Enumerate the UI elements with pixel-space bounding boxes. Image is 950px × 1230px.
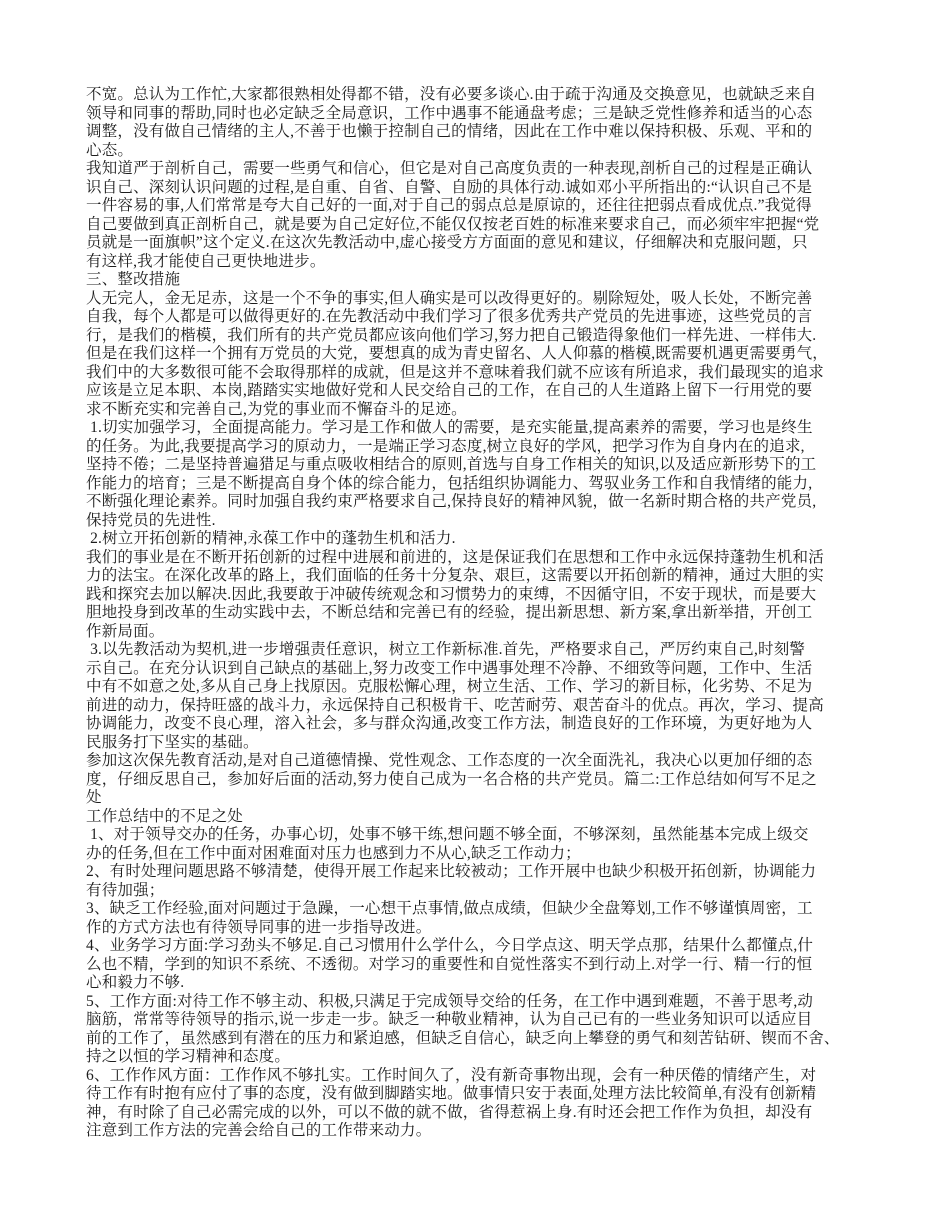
text-line: 调整，没有做自己情绪的主人,不善于也懒于控制自己的情绪，因此在工作中难以保持积极… <box>86 123 870 142</box>
text-line: 不断强化理论素养。同时加强自我约束严格要求自己,保持良好的精神风貌，做一名新时期… <box>86 493 870 512</box>
text-line: 行，是我们的楷模，我们所有的共产党员都应该向他们学习,努力把自己锻造得象他们一样… <box>86 327 870 346</box>
text-line: 处 <box>86 789 870 808</box>
text-line: 持之以恒的学习精神和态度。 <box>86 1048 870 1067</box>
text-line: 心态。 <box>86 142 870 161</box>
text-line: 神，有时除了自己必需完成的以外，可以不做的就不做，省得惹祸上身.有时还会把工作作… <box>86 1104 870 1123</box>
text-line: 4、业务学习方面:学习劲头不够足.自己习惯用什么学什么，今日学点这、明天学点那，… <box>86 937 870 956</box>
text-line: 3.以先教活动为契机,进一步增强责任意识，树立工作新标准.首先，严格要求自己，严… <box>86 641 870 660</box>
text-line: 参加这次保先教育活动,是对自己道德情操、党性观念、工作态度的一次全面洗礼，我决心… <box>86 752 870 771</box>
text-line: 2.树立开拓创新的精神,永葆工作中的蓬勃生机和活力. <box>86 530 870 549</box>
text-line: 识自己、深刻认识问题的过程,是自重、自省、自警、自励的具体行动.诚如邓小平所指出… <box>86 179 870 198</box>
text-line: 工作总结中的不足之处 <box>86 808 870 827</box>
text-line: 心和毅力不够. <box>86 974 870 993</box>
document-text-block: 不宽。总认为工作忙,大家都很熟相处得都不错，没有必要多谈心.由于疏于沟通及交换意… <box>86 86 870 1141</box>
text-line: 一件容易的事,人们常常是夸大自己好的一面,对于自己的弱点总是原谅的，还往往把弱点… <box>86 197 870 216</box>
text-line: 示自己。在充分认识到自己缺点的基础上,努力改变工作中遇事处理不冷静、不细致等问题… <box>86 660 870 679</box>
text-line: 待工作有时抱有应付了事的态度，没有做到脚踏实地。做事情只安于表面,处理方法比较简… <box>86 1085 870 1104</box>
text-line: 自我，每个人都是可以做得更好的.在先教活动中我们学习了很多优秀共产党员的先进事迹… <box>86 308 870 327</box>
text-line: 求不断充实和完善自己,为党的事业而不懈奋斗的足迹。 <box>86 401 870 420</box>
text-line: 3、缺乏工作经验,面对问题过于急躁，一心想干点事情,做点成绩，但缺少全盘筹划,工… <box>86 900 870 919</box>
text-line: 践和探究去加以解决.因此,我要敢于冲破传统观念和习惯势力的束缚，不因循守旧，不安… <box>86 586 870 605</box>
text-line: 注意到工作方法的完善会给自己的工作带来动力。 <box>86 1122 870 1141</box>
text-line: 1.切实加强学习，全面提高能力。学习是工作和做人的需要，是充实能量,提高素养的需… <box>86 419 870 438</box>
text-line: 脑筋，常常等待领导的指示,说一步走一步。缺乏一种敬业精神，认为自己已有的一些业务… <box>86 1011 870 1030</box>
document-page: 不宽。总认为工作忙,大家都很熟相处得都不错，没有必要多谈心.由于疏于沟通及交换意… <box>0 0 950 1230</box>
text-line: 6、工作作风方面：工作作风不够扎实。工作时间久了，没有新奇事物出现，会有一种厌倦… <box>86 1067 870 1086</box>
text-line: 我们中的大多数很可能不会取得那样的成就，但是这并不意味着我们就不应该有所追求，我… <box>86 364 870 383</box>
text-line: 领导和同事的帮助,同时也必定缺乏全局意识，工作中遇事不能通盘考虑；三是缺乏党性修… <box>86 105 870 124</box>
text-line: 中有不如意之处,多从自己身上找原因。克服松懈心理，树立生活、工作、学习的新目标，… <box>86 678 870 697</box>
text-line: 有这样,我才能使自己更快地进步。 <box>86 253 870 272</box>
text-line: 胆地投身到改革的生动实践中去，不断总结和完善已有的经验，提出新思想、新方案,拿出… <box>86 604 870 623</box>
text-line: 前的工作了，虽然感到有潜在的压力和紧迫感，但缺乏自信心，缺乏向上攀登的勇气和刻苦… <box>86 1030 870 1049</box>
text-line: 三、整改措施 <box>86 271 870 290</box>
text-line: 民服务打下坚实的基础。 <box>86 734 870 753</box>
text-line: 我知道严于剖析自己，需要一些勇气和信心，但它是对自己高度负责的一种表现,剖析自己… <box>86 160 870 179</box>
text-line: 自己要做到真正剖析自己，就是要为自己定好位,不能仅仅按老百姓的标准来要求自己，而… <box>86 216 870 235</box>
text-line: 但是在我们这样一个拥有万党员的大党，要想真的成为青史留名、人人仰慕的楷模,既需要… <box>86 345 870 364</box>
text-line: 员就是一面旗帜”这个定义.在这次先教活动中,虚心接受方方面面的意见和建议，仔细解… <box>86 234 870 253</box>
text-line: 协调能力，改变不良心理，溶入社会，多与群众沟通,改变工作方法，制造良好的工作环境… <box>86 715 870 734</box>
text-line: 作的方式方法也有待领导同事的进一步指导改进。 <box>86 919 870 938</box>
text-line: 我们的事业是在不断开拓创新的过程中进展和前进的，这是保证我们在思想和工作中永远保… <box>86 549 870 568</box>
text-line: 人无完人，金无足赤，这是一个不争的事实,但人确实是可以改得更好的。剔除短处，吸人… <box>86 290 870 309</box>
text-line: 5、工作方面:对待工作不够主动、积极,只满足于完成领导交给的任务，在工作中遇到难… <box>86 993 870 1012</box>
text-line: 保持党员的先进性. <box>86 512 870 531</box>
text-line: 1、对于领导交办的任务，办事心切，处事不够干练,想问题不够全面，不够深刻，虽然能… <box>86 826 870 845</box>
text-line: 作能力的培育；三是不断提高自身个体的综合能力，包括组织协调能力、驾驭业务工作和自… <box>86 475 870 494</box>
text-line: 办的任务,但在工作中面对困难面对压力也感到力不从心,缺乏工作动力； <box>86 845 870 864</box>
text-line: 坚持不倦；二是坚持普遍猎足与重点吸收相结合的原则,首选与自身工作相关的知识,以及… <box>86 456 870 475</box>
text-line: 有待加强； <box>86 882 870 901</box>
text-line: 的任务。为此,我要提高学习的原动力，一是端正学习态度,树立良好的学风，把学习作为… <box>86 438 870 457</box>
text-line: 么也不精，学到的知识不系统、不透彻。对学习的重要性和自觉性落实不到行动上.对学一… <box>86 956 870 975</box>
text-line: 前进的动力，保持旺盛的战斗力，永远保持自己积极肯干、吃苦耐劳、艰苦奋斗的优点。再… <box>86 697 870 716</box>
text-line: 应该是立足本职、本岗,踏踏实实地做好党和人民交给自己的工作，在自己的人生道路上留… <box>86 382 870 401</box>
text-line: 度，仔细反思自己，参加好后面的活动,努力使自己成为一名合格的共产党员。篇二:工作… <box>86 771 870 790</box>
text-line: 不宽。总认为工作忙,大家都很熟相处得都不错，没有必要多谈心.由于疏于沟通及交换意… <box>86 86 870 105</box>
text-line: 2、有时处理问题思路不够清楚，使得开展工作起来比较被动；工作开展中也缺少积极开拓… <box>86 863 870 882</box>
text-line: 作新局面。 <box>86 623 870 642</box>
text-line: 力的法宝。在深化改革的路上，我们面临的任务十分复杂、艰巨，这需要以开拓创新的精神… <box>86 567 870 586</box>
